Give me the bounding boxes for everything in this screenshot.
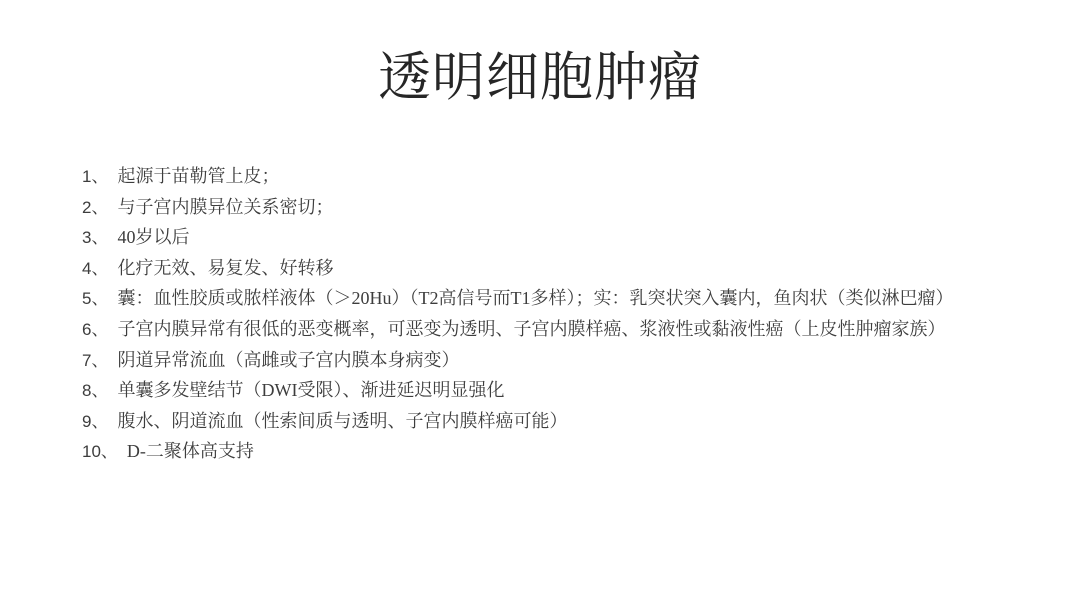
list-item-number: 5、 — [82, 284, 108, 315]
list-item-number: 7、 — [82, 346, 108, 377]
list-item: 2、 与子宫内膜异位关系密切； — [82, 192, 1032, 223]
list-item: 7、 阴道异常流血（高雌或子宫内膜本身病变） — [82, 345, 1032, 376]
list-item: 9、 腹水、阴道流血（性索间质与透明、子宫内膜样癌可能） — [82, 406, 1032, 437]
list-item-text: 囊：血性胶质或脓样液体（＞20Hu）（T2高信号而T1多样）；实：乳突状突入囊内… — [117, 283, 953, 314]
list-item: 8、 单囊多发壁结节（DWI受限）、渐进延迟明显强化 — [82, 375, 1032, 406]
list-item-number: 3、 — [82, 223, 108, 254]
list-item: 5、 囊：血性胶质或脓样液体（＞20Hu）（T2高信号而T1多样）；实：乳突状突… — [82, 283, 1032, 314]
list-item-number: 1、 — [82, 162, 108, 193]
bullet-list: 1、 起源于苗勒管上皮； 2、 与子宫内膜异位关系密切； 3、 40岁以后 4、… — [82, 161, 1032, 467]
list-item-text: 与子宫内膜异位关系密切； — [117, 192, 333, 223]
list-item-text: 起源于苗勒管上皮； — [117, 161, 279, 192]
list-item-number: 4、 — [82, 254, 108, 285]
slide-canvas: 透明细胞肿瘤 1、 起源于苗勒管上皮； 2、 与子宫内膜异位关系密切； 3、 4… — [0, 0, 1080, 608]
list-item-text: 腹水、阴道流血（性索间质与透明、子宫内膜样癌可能） — [117, 406, 567, 437]
list-item-number: 6、 — [82, 315, 108, 346]
list-item-text: 单囊多发壁结节（DWI受限）、渐进延迟明显强化 — [117, 375, 504, 406]
list-item: 1、 起源于苗勒管上皮； — [82, 161, 1032, 192]
list-item-text: 40岁以后 — [117, 222, 189, 253]
list-item-number: 10、 — [82, 437, 118, 468]
list-item-number: 8、 — [82, 376, 108, 407]
slide-title: 透明细胞肿瘤 — [0, 48, 1080, 109]
list-item-text: 化疗无效、易复发、好转移 — [117, 253, 333, 284]
list-item-text: 子宫内膜异常有很低的恶变概率，可恶变为透明、子宫内膜样癌、浆液性或黏液性癌（上皮… — [117, 314, 945, 345]
list-item-number: 2、 — [82, 193, 108, 224]
list-item-text: D-二聚体高支持 — [127, 436, 254, 467]
list-item-number: 9、 — [82, 407, 108, 438]
list-item: 3、 40岁以后 — [82, 222, 1032, 253]
list-item: 4、 化疗无效、易复发、好转移 — [82, 253, 1032, 284]
list-item-text: 阴道异常流血（高雌或子宫内膜本身病变） — [117, 345, 459, 376]
list-item: 10、 D-二聚体高支持 — [82, 436, 1032, 467]
list-item: 6、 子宫内膜异常有很低的恶变概率，可恶变为透明、子宫内膜样癌、浆液性或黏液性癌… — [82, 314, 1032, 345]
